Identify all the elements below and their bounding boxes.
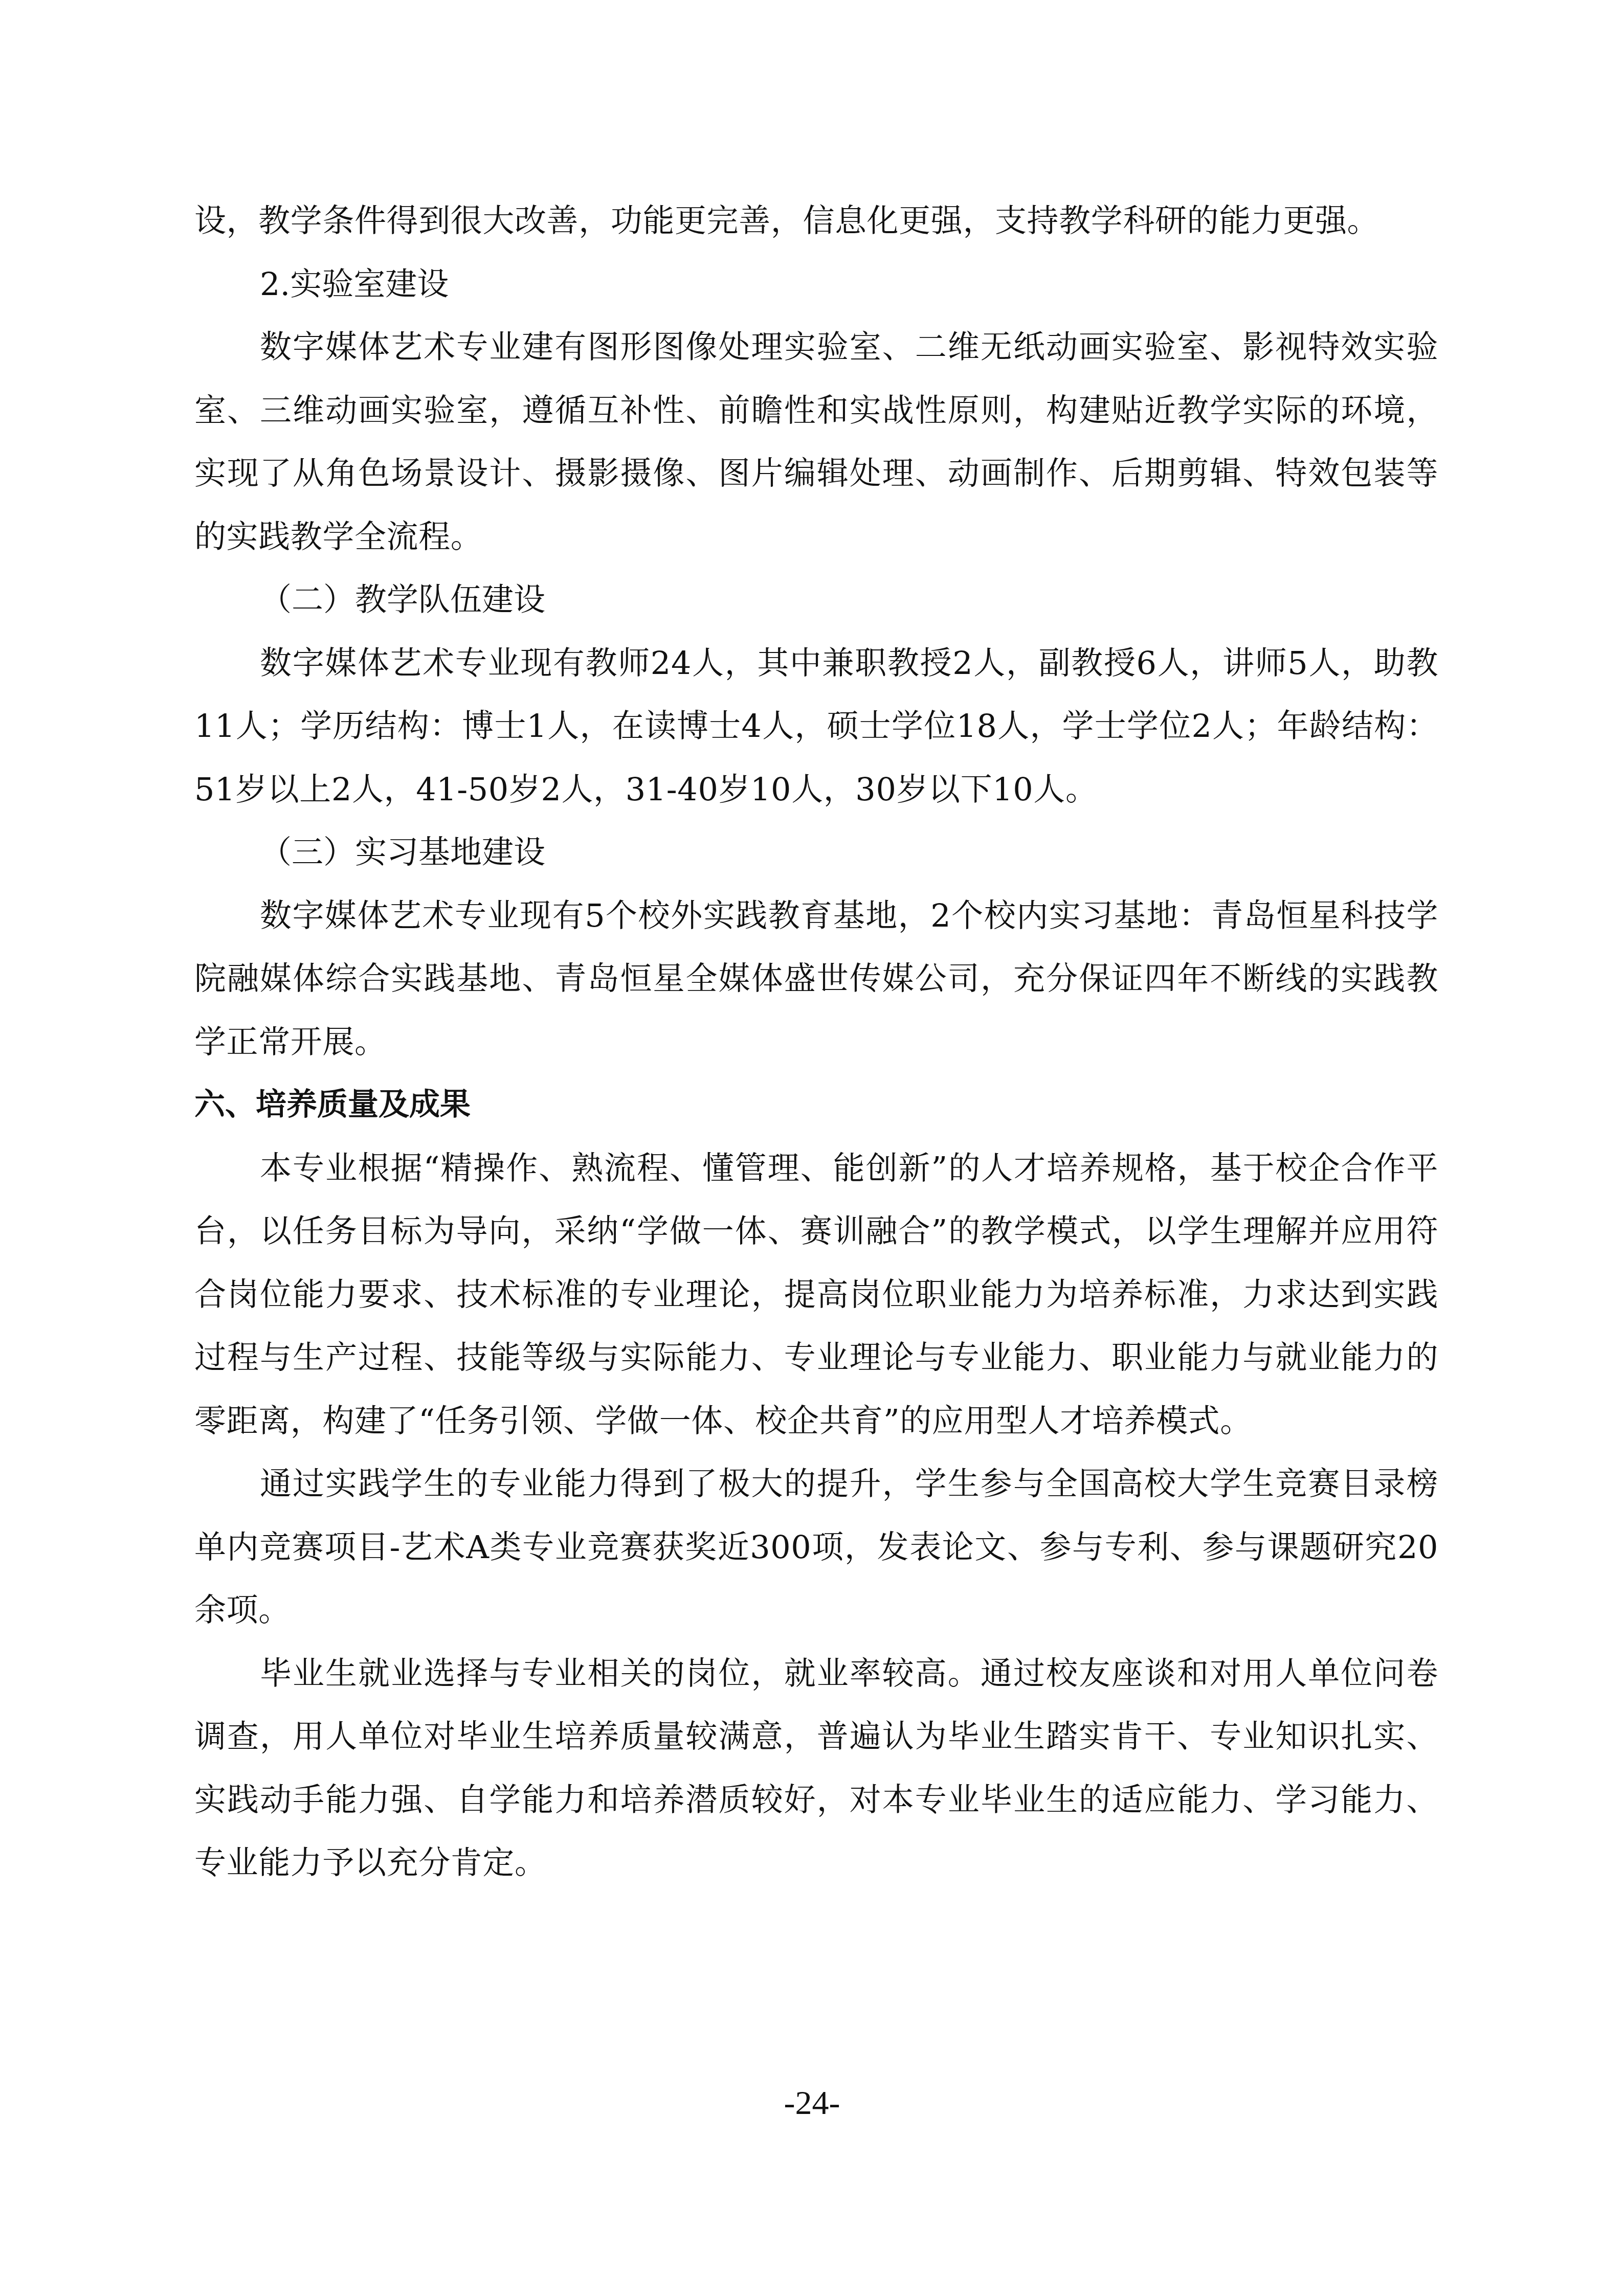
section-heading-quality-results: 六、培养质量及成果 [194, 1073, 1438, 1137]
subheading-lab-construction: 2.实验室建设 [194, 253, 1438, 316]
paragraph-internship-base: 数字媒体艺术专业现有5个校外实践教育基地，2个校内实习基地：青岛恒星科技学院融媒… [194, 884, 1438, 1074]
paragraph-employment: 毕业生就业选择与专业相关的岗位，就业率较高。通过校友座谈和对用人单位问卷调查，用… [194, 1642, 1438, 1895]
subheading-internship-base: （三）实习基地建设 [194, 821, 1438, 884]
paragraph-achievements: 通过实践学生的专业能力得到了极大的提升，学生参与全国高校大学生竞赛目录榜单内竞赛… [194, 1452, 1438, 1642]
page-number: -24- [0, 2084, 1624, 2123]
paragraph-teaching-staff: 数字媒体艺术专业现有教师24人，其中兼职教授2人，副教授6人，讲师5人，助教11… [194, 632, 1438, 821]
paragraph-continuation: 设，教学条件得到很大改善，功能更完善，信息化更强，支持教学科研的能力更强。 [194, 189, 1438, 253]
paragraph-labs: 数字媒体艺术专业建有图形图像处理实验室、二维无纸动画实验室、影视特效实验室、三维… [194, 316, 1438, 568]
document-body: 设，教学条件得到很大改善，功能更完善，信息化更强，支持教学科研的能力更强。 2.… [194, 189, 1438, 1895]
paragraph-training-model: 本专业根据“精操作、熟流程、懂管理、能创新”的人才培养规格，基于校企合作平台，以… [194, 1137, 1438, 1453]
subheading-teaching-staff: （二）教学队伍建设 [194, 568, 1438, 632]
